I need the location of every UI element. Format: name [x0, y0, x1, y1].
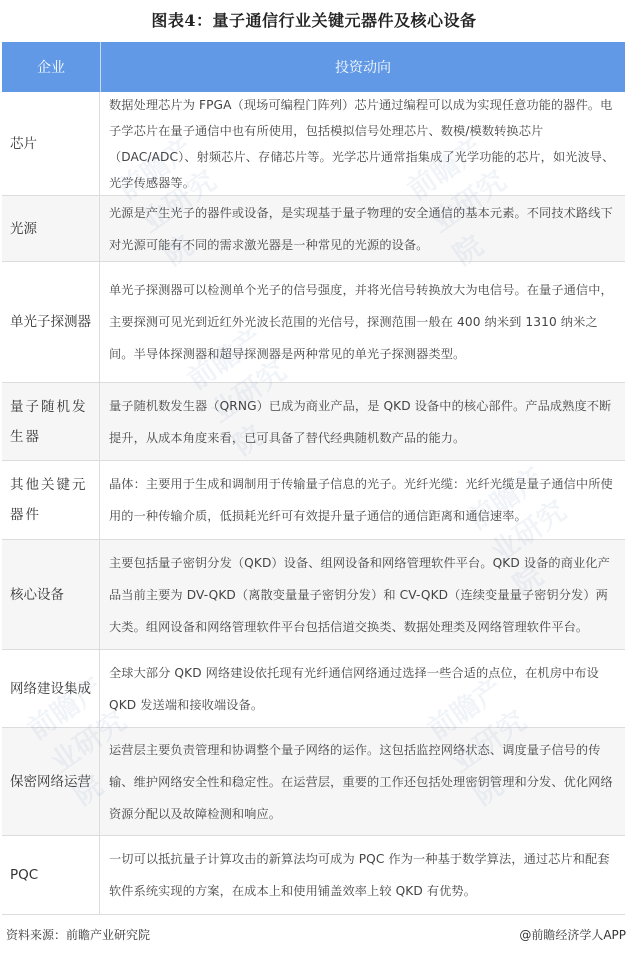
- figure-title: 图表4：量子通信行业关键元器件及核心设备: [0, 8, 628, 31]
- row-name: 核心设备: [2, 540, 100, 649]
- row-desc: 主要包括量子密钥分发（QKD）设备、组网设备和网络管理软件平台。QKD 设备的商…: [100, 540, 625, 649]
- row-desc: 量子随机数发生器（QRNG）已成为商业产品，是 QKD 设备中的核心部件。产品成…: [100, 383, 625, 460]
- table-row: 网络建设集成 全球大部分 QKD 网络建设依托现有光纤通信网络通过选择一些合适的…: [2, 650, 625, 728]
- source-note: 资料来源：前瞻产业研究院: [6, 926, 150, 943]
- row-desc: 一切可以抵抗量子计算攻击的新算法均可成为 PQC 作为一种基于数学算法，通过芯片…: [100, 836, 625, 914]
- table-row: 其他关键元器件 晶体：主要用于生成和调制用于传输量子信息的光子。光纤光缆：光纤光…: [2, 461, 625, 540]
- row-name: 网络建设集成: [2, 650, 100, 727]
- table-row: 单光子探测器 单光子探测器可以检测单个光子的信号强度，并将光信号转换放大为电信号…: [2, 262, 625, 383]
- footer: 资料来源：前瞻产业研究院 @前瞻经济学人APP: [6, 926, 626, 943]
- row-desc: 数据处理芯片为 FPGA（现场可编程门阵列）芯片通过编程可以成为实现任意功能的器…: [100, 92, 625, 195]
- table-row: 量子随机发生器 量子随机数发生器（QRNG）已成为商业产品，是 QKD 设备中的…: [2, 383, 625, 461]
- table-row: PQC 一切可以抵抗量子计算攻击的新算法均可成为 PQC 作为一种基于数学算法，…: [2, 836, 625, 915]
- row-name: 光源: [2, 196, 100, 261]
- row-desc: 全球大部分 QKD 网络建设依托现有光纤通信网络通过选择一些合适的点位，在机房中…: [100, 650, 625, 727]
- row-name: 保密网络运营: [2, 728, 100, 835]
- row-name: 其他关键元器件: [2, 461, 100, 539]
- row-name: PQC: [2, 836, 100, 914]
- row-desc: 光源是产生光子的器件或设备，是实现基于量子物理的安全通信的基本元素。不同技术路线…: [100, 196, 625, 261]
- row-desc: 晶体：主要用于生成和调制用于传输量子信息的光子。光纤光缆：光纤光缆是量子通信中所…: [100, 461, 625, 539]
- row-name: 量子随机发生器: [2, 383, 100, 460]
- table-row: 芯片 数据处理芯片为 FPGA（现场可编程门阵列）芯片通过编程可以成为实现任意功…: [2, 92, 625, 196]
- header-investment: 投资动向: [101, 42, 625, 92]
- table-row: 核心设备 主要包括量子密钥分发（QKD）设备、组网设备和网络管理软件平台。QKD…: [2, 540, 625, 650]
- row-name: 芯片: [2, 92, 100, 195]
- row-desc: 运营层主要负责管理和协调整个量子网络的运作。这包括监控网络状态、调度量子信号的传…: [100, 728, 625, 835]
- credit-note: @前瞻经济学人APP: [519, 926, 626, 943]
- table-row: 光源 光源是产生光子的器件或设备，是实现基于量子物理的安全通信的基本元素。不同技…: [2, 196, 625, 262]
- row-name: 单光子探测器: [2, 262, 100, 382]
- table-row: 保密网络运营 运营层主要负责管理和协调整个量子网络的运作。这包括监控网络状态、调…: [2, 728, 625, 836]
- components-table: 企业 投资动向 芯片 数据处理芯片为 FPGA（现场可编程门阵列）芯片通过编程可…: [2, 42, 625, 915]
- row-desc: 单光子探测器可以检测单个光子的信号强度，并将光信号转换放大为电信号。在量子通信中…: [100, 262, 625, 382]
- table-header: 企业 投资动向: [2, 42, 625, 92]
- header-company: 企业: [2, 42, 101, 92]
